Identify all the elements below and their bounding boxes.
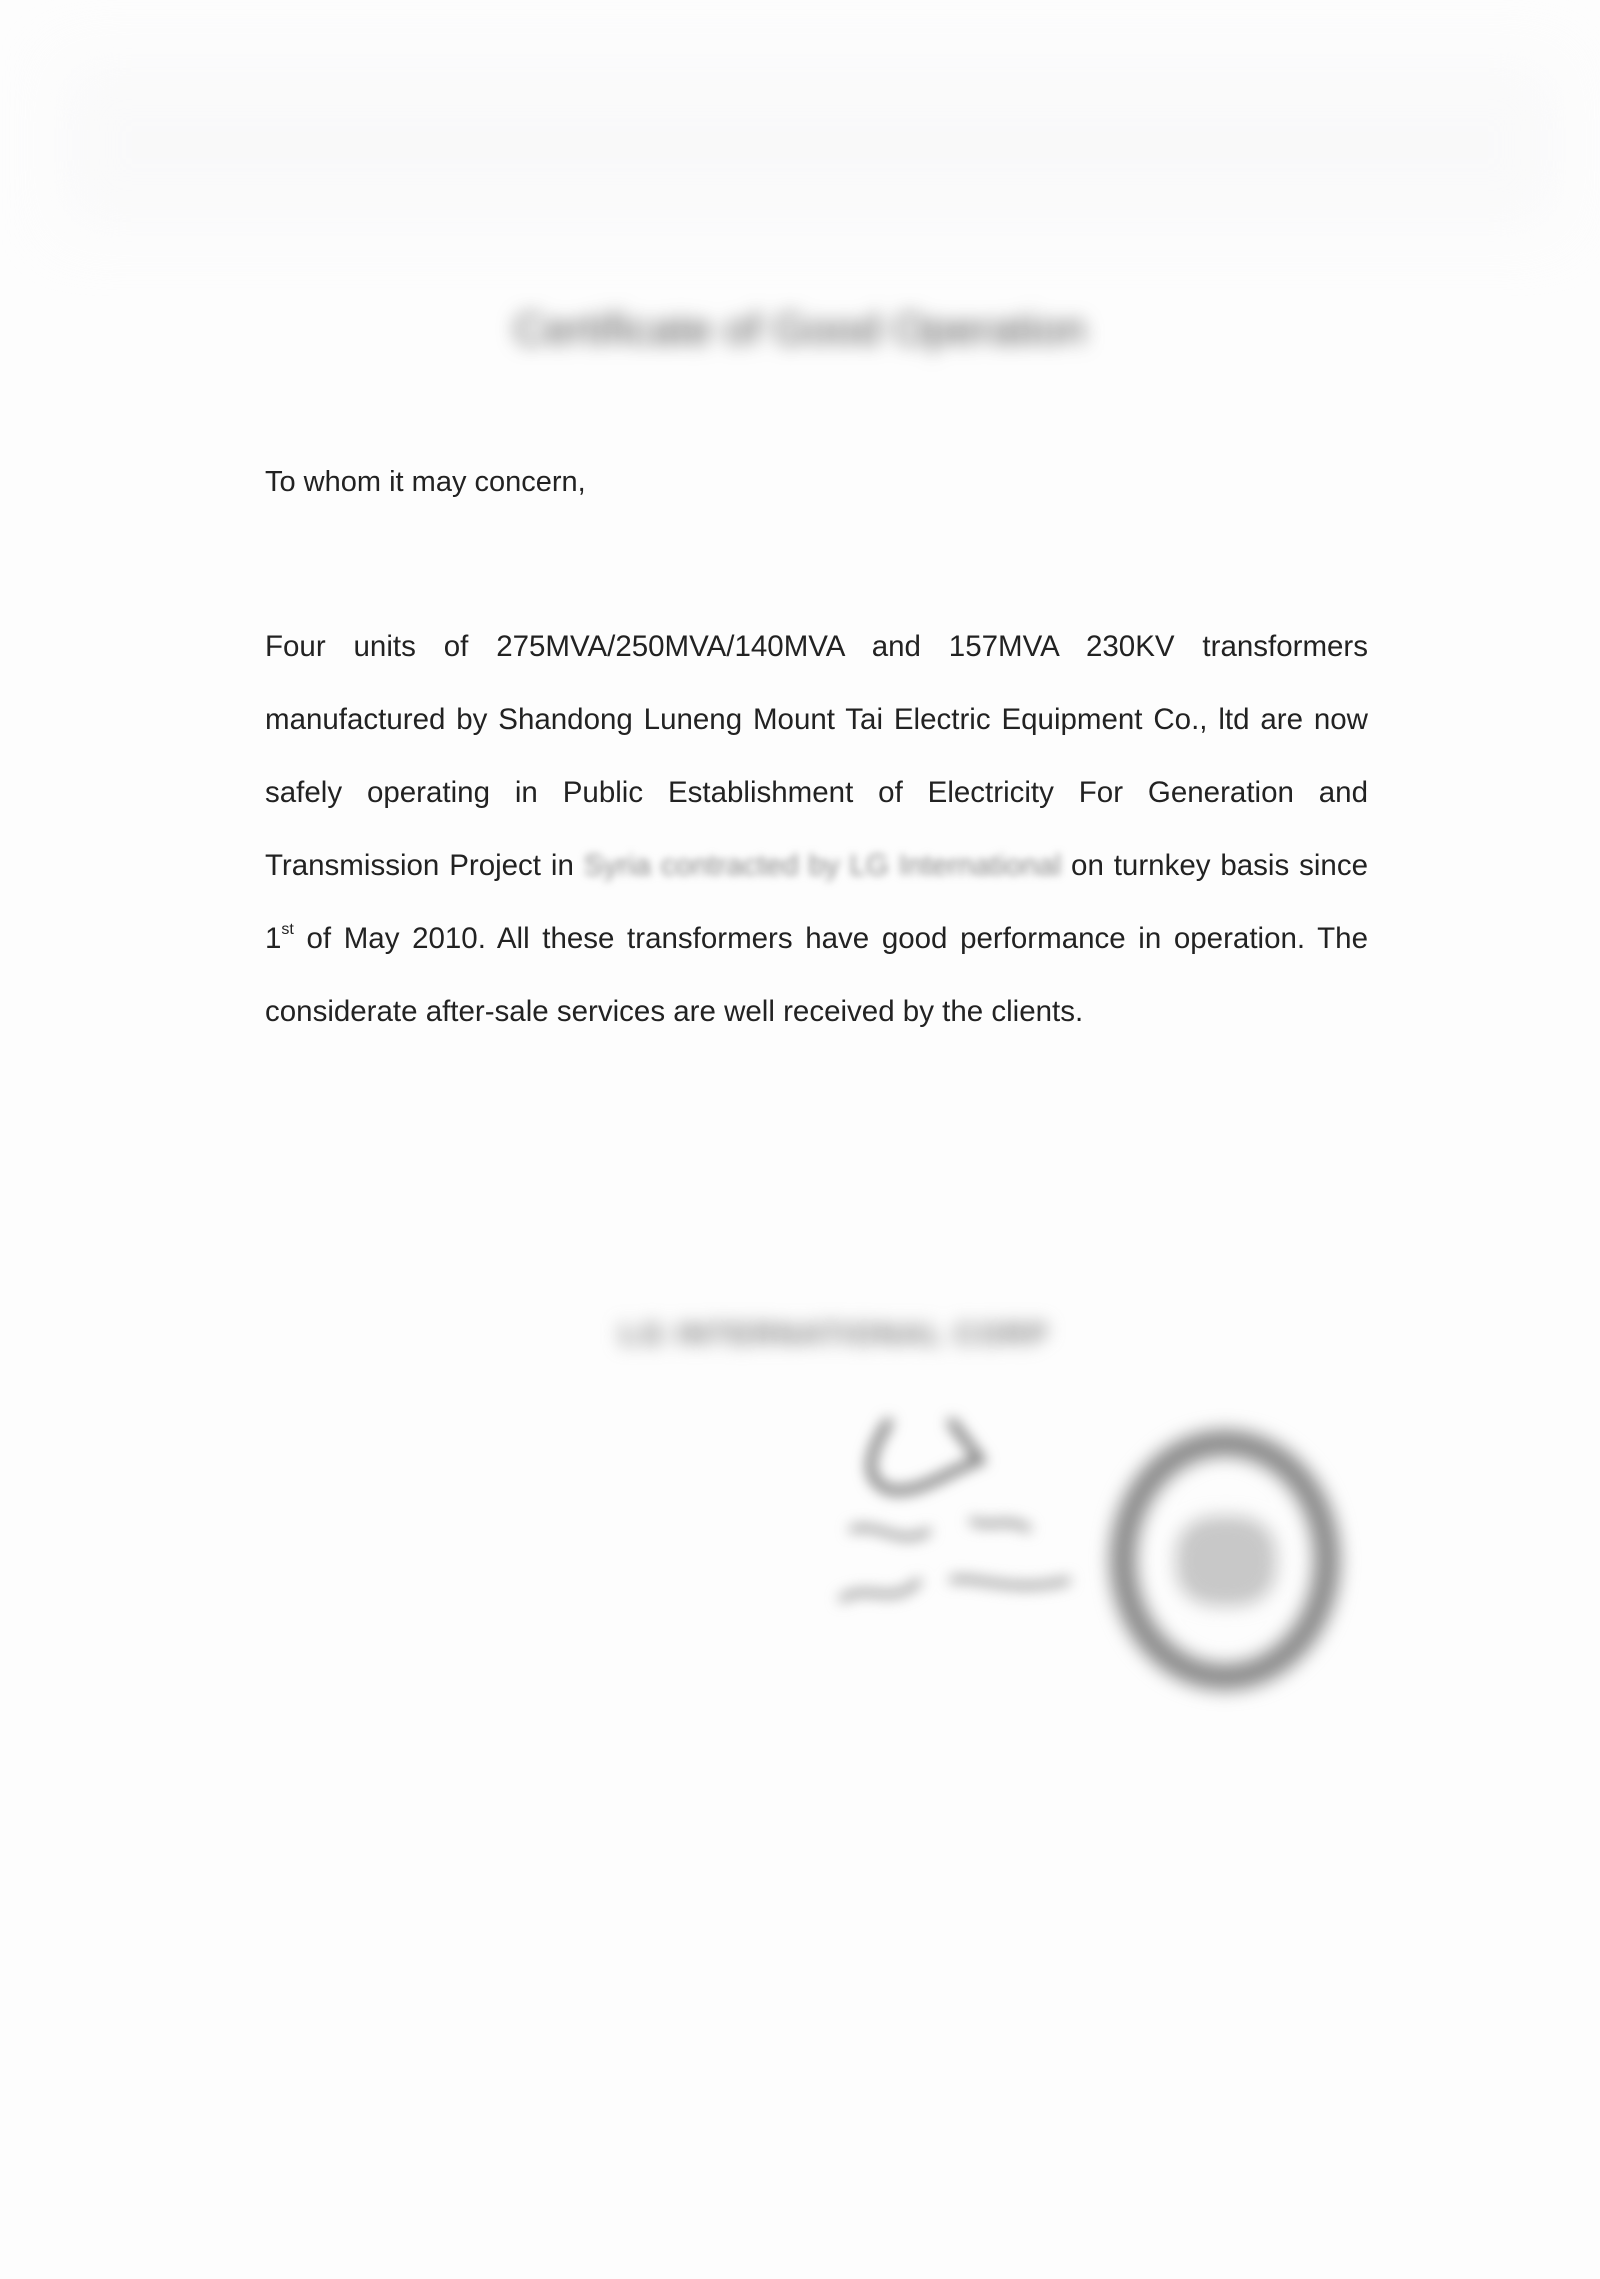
redacted-text: Syria contracted by LG International	[584, 849, 1061, 882]
ordinal-suffix: st	[281, 921, 293, 938]
seal-icon	[1110, 1430, 1340, 1690]
body-part-3: of May 2010. All these transformers have…	[265, 922, 1368, 1028]
document-page: Certificate of Good Operation To whom it…	[0, 0, 1600, 2279]
body-paragraph: Four units of 275MVA/250MVA/140MVA and 1…	[265, 610, 1368, 1048]
salutation: To whom it may concern,	[265, 466, 586, 499]
company-name: LG INTERNATIONAL CORP	[620, 1318, 1049, 1352]
seal-emblem	[1176, 1516, 1276, 1606]
signature-icon	[830, 1380, 1090, 1620]
body-part-1: Four units of 275MVA/250MVA/140MVA and 1…	[265, 630, 1368, 882]
scan-artifact	[60, 60, 1560, 230]
document-title: Certificate of Good Operation	[0, 305, 1600, 355]
